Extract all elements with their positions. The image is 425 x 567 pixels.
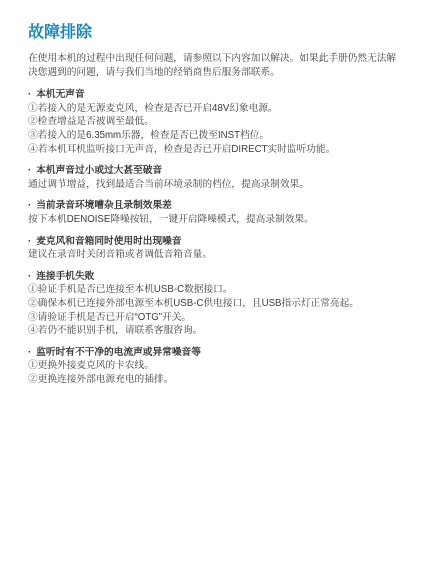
bullet-dot: · xyxy=(28,346,31,360)
section-monitoring-noise: ·监听时有不干净的电流声或异常噪音等 ①更换外接麦克风的卡农线。 ②更换连接外部… xyxy=(28,346,397,387)
step-item: ③请验证手机是否已开启“OTG”开关。 xyxy=(28,311,397,325)
section-heading: ·麦克风和音箱同时使用时出现噪音 xyxy=(28,235,397,249)
step-item: ③若接入的是6.35mm乐器，检查是否已拨至INST档位。 xyxy=(28,129,397,143)
section-heading-text: 监听时有不干净的电流声或异常噪音等 xyxy=(36,347,201,358)
bullet-dot: · xyxy=(28,164,31,178)
section-mic-speaker-noise: ·麦克风和音箱同时使用时出现噪音 建议在录音时关闭音箱或者调低音箱音量。 xyxy=(28,235,397,262)
section-no-sound: ·本机无声音 ①若接入的是无源麦克风，检查是否已开启48V幻象电源。 ②检查增益… xyxy=(28,88,397,156)
step-item: ④若仍不能识别手机，请联系客服咨询。 xyxy=(28,324,397,338)
section-noisy-environment: ·当前录音环境嘈杂且录制效果差 按下本机DENOISE降噪按钮，一键开启降噪模式… xyxy=(28,199,397,226)
step-item: ①验证手机是否已连接至本机USB-C数据接口。 xyxy=(28,283,397,297)
bullet-dot: · xyxy=(28,235,31,249)
section-heading: ·监听时有不干净的电流声或异常噪音等 xyxy=(28,346,397,360)
section-heading-text: 本机无声音 xyxy=(36,89,84,100)
section-heading-text: 连接手机失败 xyxy=(36,271,94,282)
bullet-dot: · xyxy=(28,88,31,102)
section-heading: ·本机无声音 xyxy=(28,88,397,102)
section-body-line: 建议在录音时关闭音箱或者调低音箱音量。 xyxy=(28,248,397,262)
section-phone-connection-failed: ·连接手机失败 ①验证手机是否已连接至本机USB-C数据接口。 ②确保本机已连接… xyxy=(28,270,397,338)
section-heading: ·连接手机失败 xyxy=(28,270,397,284)
intro-paragraph: 在使用本机的过程中出现任何问题，请参照以下内容加以解决。如果此手册仍然无法解决您… xyxy=(28,52,397,79)
bullet-dot: · xyxy=(28,199,31,213)
section-heading: ·本机声音过小或过大甚至破音 xyxy=(28,164,397,178)
step-item: ①若接入的是无源麦克风，检查是否已开启48V幻象电源。 xyxy=(28,102,397,116)
step-item: ①更换外接麦克风的卡农线。 xyxy=(28,359,397,373)
section-body-line: 通过调节增益，找到最适合当前环境录制的档位，提高录制效果。 xyxy=(28,178,397,192)
section-volume-issues: ·本机声音过小或过大甚至破音 通过调节增益，找到最适合当前环境录制的档位，提高录… xyxy=(28,164,397,191)
section-body-line: 按下本机DENOISE降噪按钮，一键开启降噪模式，提高录制效果。 xyxy=(28,213,397,227)
section-heading-text: 当前录音环境嘈杂且录制效果差 xyxy=(36,200,172,211)
step-item: ②检查增益是否被调至最低。 xyxy=(28,115,397,129)
step-item: ②确保本机已连接外部电源至本机USB-C供电接口，且USB指示灯正常亮起。 xyxy=(28,297,397,311)
section-heading: ·当前录音环境嘈杂且录制效果差 xyxy=(28,199,397,213)
step-item: ④若本机耳机监听接口无声音，检查是否已开启DIRECT实时监听功能。 xyxy=(28,143,397,157)
step-item: ②更换连接外部电源充电的插排。 xyxy=(28,373,397,387)
manual-page: 故障排除 在使用本机的过程中出现任何问题，请参照以下内容加以解决。如果此手册仍然… xyxy=(0,0,425,567)
section-heading-text: 本机声音过小或过大甚至破音 xyxy=(36,165,162,176)
section-heading-text: 麦克风和音箱同时使用时出现噪音 xyxy=(36,236,181,247)
bullet-dot: · xyxy=(28,270,31,284)
page-title: 故障排除 xyxy=(28,24,397,42)
